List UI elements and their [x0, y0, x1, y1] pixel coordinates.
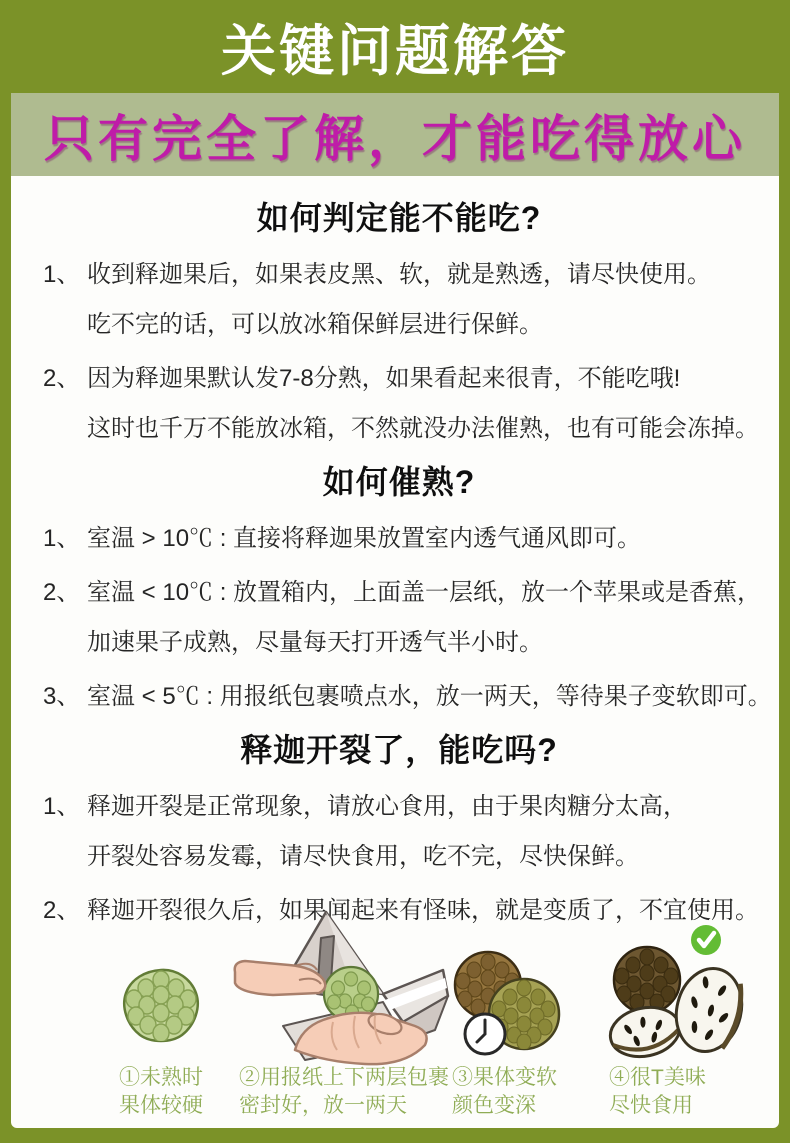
- item-number: 1、: [43, 514, 87, 564]
- step-caption-line: 颜色变深: [452, 1092, 557, 1120]
- item-text: 室温 > 10℃ : 直接将释迦果放置室内透气通风即可。: [87, 514, 759, 564]
- step-caption: ③果体变软 颜色变深: [452, 1064, 557, 1120]
- item-text: 开裂处容易发霉，请尽快食用，吃不完，尽快保鲜。: [87, 832, 759, 882]
- ripe-cut-fruit-icon: [593, 922, 759, 1062]
- step-caption-line: 果体较硬: [119, 1092, 203, 1120]
- item-number: 2、: [43, 354, 87, 454]
- item-text: 这时也千万不能放冰箱，不然就没办法催熟，也有可能会冻掉。: [87, 404, 759, 454]
- item-text: 室温 < 5℃ : 用报纸包裹喷点水，放一两天，等待果子变软即可。: [87, 672, 772, 722]
- clock-icon: [465, 1014, 505, 1054]
- item-number: 1、: [43, 782, 87, 882]
- step-caption-line: 尽快食用: [609, 1092, 706, 1120]
- list-item: 1、 释迦开裂是正常现象，请放心食用，由于果肉糖分太高， 开裂处容易发霉，请尽快…: [43, 782, 759, 882]
- step-caption: ①未熟时 果体较硬: [119, 1064, 203, 1120]
- page-title: 关键问题解答: [221, 7, 569, 86]
- item-text: 收到释迦果后，如果表皮黑、软，就是熟透，请尽快使用。: [87, 250, 759, 300]
- step-caption-line: ①未熟时: [119, 1064, 203, 1092]
- item-number: 2、: [43, 568, 87, 668]
- item-text: 加速果子成熟，尽量每天打开透气半小时。: [87, 618, 761, 668]
- item-text: 室温 < 10℃ : 放置箱内，上面盖一层纸，放一个苹果或是香蕉，: [87, 568, 761, 618]
- ripening-steps-row: ①未熟时 果体较硬 ②用报纸上下两层包裹 密封好，放一两天 ③果体变软 颜色变深…: [11, 906, 779, 1128]
- top-banner: 关键问题解答: [0, 0, 790, 93]
- content-panel: 如何判定能不能吃? 1、 收到释迦果后，如果表皮黑、软，就是熟透，请尽快使用。 …: [11, 176, 779, 1128]
- item-number: 3、: [43, 672, 87, 722]
- section-heading-edibility: 如何判定能不能吃?: [39, 198, 759, 238]
- product-infographic: 关键问题解答 只有完全了解，才能吃得放心 如何判定能不能吃? 1、 收到释迦果后…: [0, 0, 790, 1143]
- section-heading-ripening: 如何催熟?: [39, 462, 759, 502]
- list-item: 3、 室温 < 5℃ : 用报纸包裹喷点水，放一两天，等待果子变软即可。: [43, 672, 759, 722]
- soft-fruit-clock-icon: [447, 946, 565, 1062]
- subtitle-strip: 只有完全了解，才能吃得放心: [11, 93, 779, 176]
- unripe-fruit-icon: [115, 962, 207, 1046]
- step-caption-line: ②用报纸上下两层包裹: [239, 1064, 449, 1092]
- item-text: 释迦开裂是正常现象，请放心食用，由于果肉糖分太高，: [87, 782, 759, 832]
- list-item: 1、 室温 > 10℃ : 直接将释迦果放置室内透气通风即可。: [43, 514, 759, 564]
- step-caption-line: 密封好，放一两天: [239, 1092, 449, 1120]
- check-icon: [691, 925, 721, 955]
- item-text: 吃不完的话，可以放冰箱保鲜层进行保鲜。: [87, 300, 759, 350]
- list-item: 2、 室温 < 10℃ : 放置箱内，上面盖一层纸，放一个苹果或是香蕉， 加速果…: [43, 568, 759, 668]
- section-heading-cracking: 释迦开裂了，能吃吗?: [39, 730, 759, 770]
- step-caption: ④很T美味 尽快食用: [609, 1064, 706, 1120]
- step-caption-line: ③果体变软: [452, 1064, 557, 1092]
- step-caption: ②用报纸上下两层包裹 密封好，放一两天: [239, 1064, 449, 1120]
- subtitle-text: 只有完全了解，才能吃得放心: [44, 99, 746, 171]
- wrap-newspaper-icon: [233, 908, 451, 1068]
- item-text: 因为释迦果默认发7-8分熟，如果看起来很青，不能吃哦!: [87, 354, 759, 404]
- list-item: 2、 因为释迦果默认发7-8分熟，如果看起来很青，不能吃哦! 这时也千万不能放冰…: [43, 354, 759, 454]
- item-number: 1、: [43, 250, 87, 350]
- list-item: 1、 收到释迦果后，如果表皮黑、软，就是熟透，请尽快使用。 吃不完的话，可以放冰…: [43, 250, 759, 350]
- step-caption-line: ④很T美味: [609, 1064, 706, 1092]
